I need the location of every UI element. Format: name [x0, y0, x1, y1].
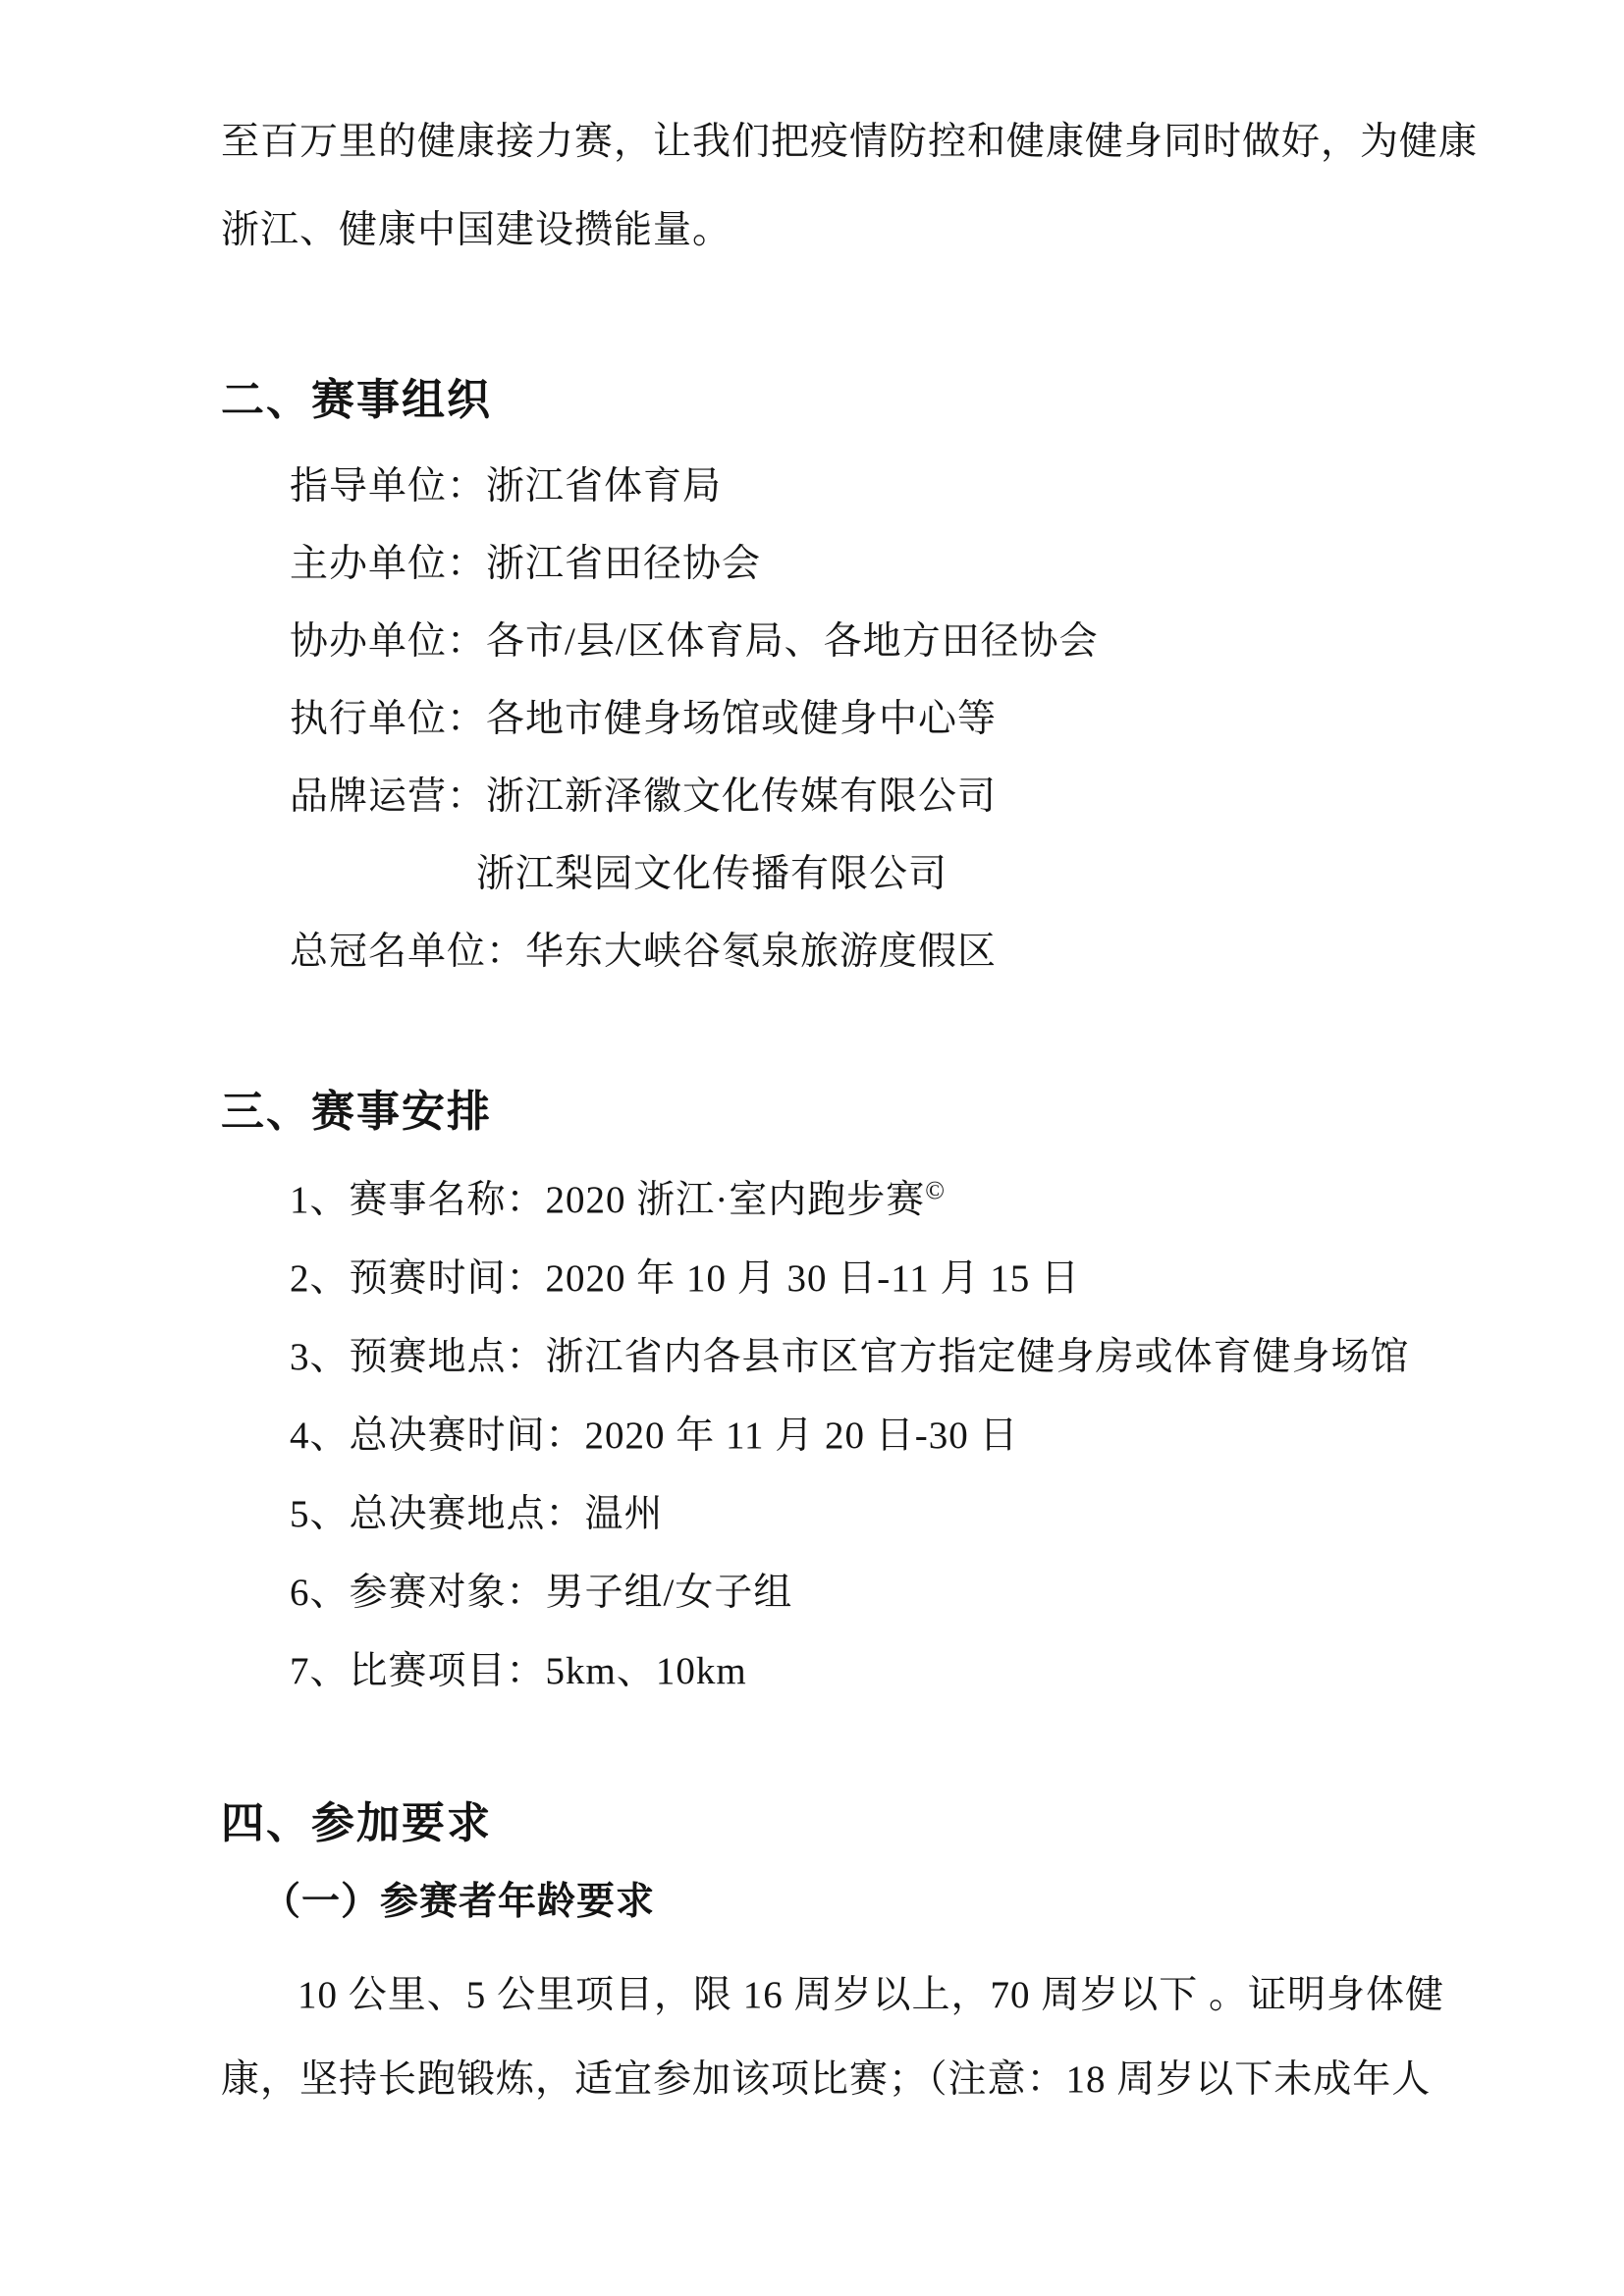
org-unit-line-co-organizer: 协办单位：各市/县/区体育局、各地方田径协会 [290, 603, 1496, 680]
schedule-item-race-distances: 7、比赛项目：5km、10km [290, 1632, 1496, 1711]
intro-paragraph-line: 浙江、健康中国建设攒能量。 [221, 187, 1496, 275]
org-unit-line-brand-operator-2: 浙江梨园文化传播有限公司 [476, 835, 1496, 913]
document-page: 至百万里的健康接力赛，让我们把疫情防控和健康健身同时做好，为健康 浙江、健康中国… [0, 0, 1624, 2296]
org-unit-line-brand-operator: 品牌运营：浙江新泽徽文化传媒有限公司 [290, 758, 1496, 835]
age-requirement-paragraph-line: 10 公里、5 公里项目，限 16 周岁以上，70 周岁以下 。证明身体健 [298, 1953, 1496, 2038]
org-unit-line-title-sponsor: 总冠名单位：华东大峡谷氡泉旅游度假区 [290, 913, 1496, 990]
intro-paragraph-line: 至百万里的健康接力赛，让我们把疫情防控和健康健身同时做好，为健康 [221, 98, 1496, 187]
schedule-item-final-time: 4、总决赛时间：2020 年 11 月 20 日-30 日 [290, 1397, 1496, 1475]
schedule-list: 1、赛事名称：2020 浙江·室内跑步赛© 2、预赛时间：2020 年 10 月… [290, 1161, 1496, 1711]
schedule-item-preliminary-venue: 3、预赛地点：浙江省内各县市区官方指定健身房或体育健身场馆 [290, 1318, 1496, 1397]
section-heading-participation-requirements: 四、参加要求 [221, 1794, 1496, 1853]
section-heading-event-schedule: 三、赛事安排 [221, 1083, 1496, 1142]
organization-unit-list: 指导单位：浙江省体育局 主办单位：浙江省田径协会 协办单位：各市/县/区体育局、… [290, 448, 1496, 990]
age-requirement-paragraph-line: 康，坚持长跑锻炼，适宜参加该项比赛；（注意：18 周岁以下未成年人 [221, 2038, 1496, 2122]
age-requirement-paragraph: 10 公里、5 公里项目，限 16 周岁以上，70 周岁以下 。证明身体健 康，… [221, 1953, 1496, 2122]
schedule-item-final-venue: 5、总决赛地点：温州 [290, 1475, 1496, 1554]
schedule-item-preliminary-time: 2、预赛时间：2020 年 10 月 30 日-11 月 15 日 [290, 1240, 1496, 1318]
copyright-mark: © [925, 1176, 946, 1204]
subsection-heading-age-requirement: （一）参赛者年龄要求 [262, 1873, 1496, 1932]
schedule-item-text: 1、赛事名称：2020 浙江·室内跑步赛 [290, 1179, 925, 1221]
org-unit-line-host: 主办单位：浙江省田径协会 [290, 525, 1496, 603]
schedule-item-event-name: 1、赛事名称：2020 浙江·室内跑步赛© [290, 1161, 1496, 1240]
section-heading-event-organization: 二、赛事组织 [221, 371, 1496, 430]
org-unit-line-guiding: 指导单位：浙江省体育局 [290, 448, 1496, 525]
intro-paragraph: 至百万里的健康接力赛，让我们把疫情防控和健康健身同时做好，为健康 浙江、健康中国… [221, 98, 1496, 275]
org-unit-line-executor: 执行单位：各地市健身场馆或健身中心等 [290, 680, 1496, 758]
schedule-item-participant-groups: 6、参赛对象：男子组/女子组 [290, 1554, 1496, 1632]
